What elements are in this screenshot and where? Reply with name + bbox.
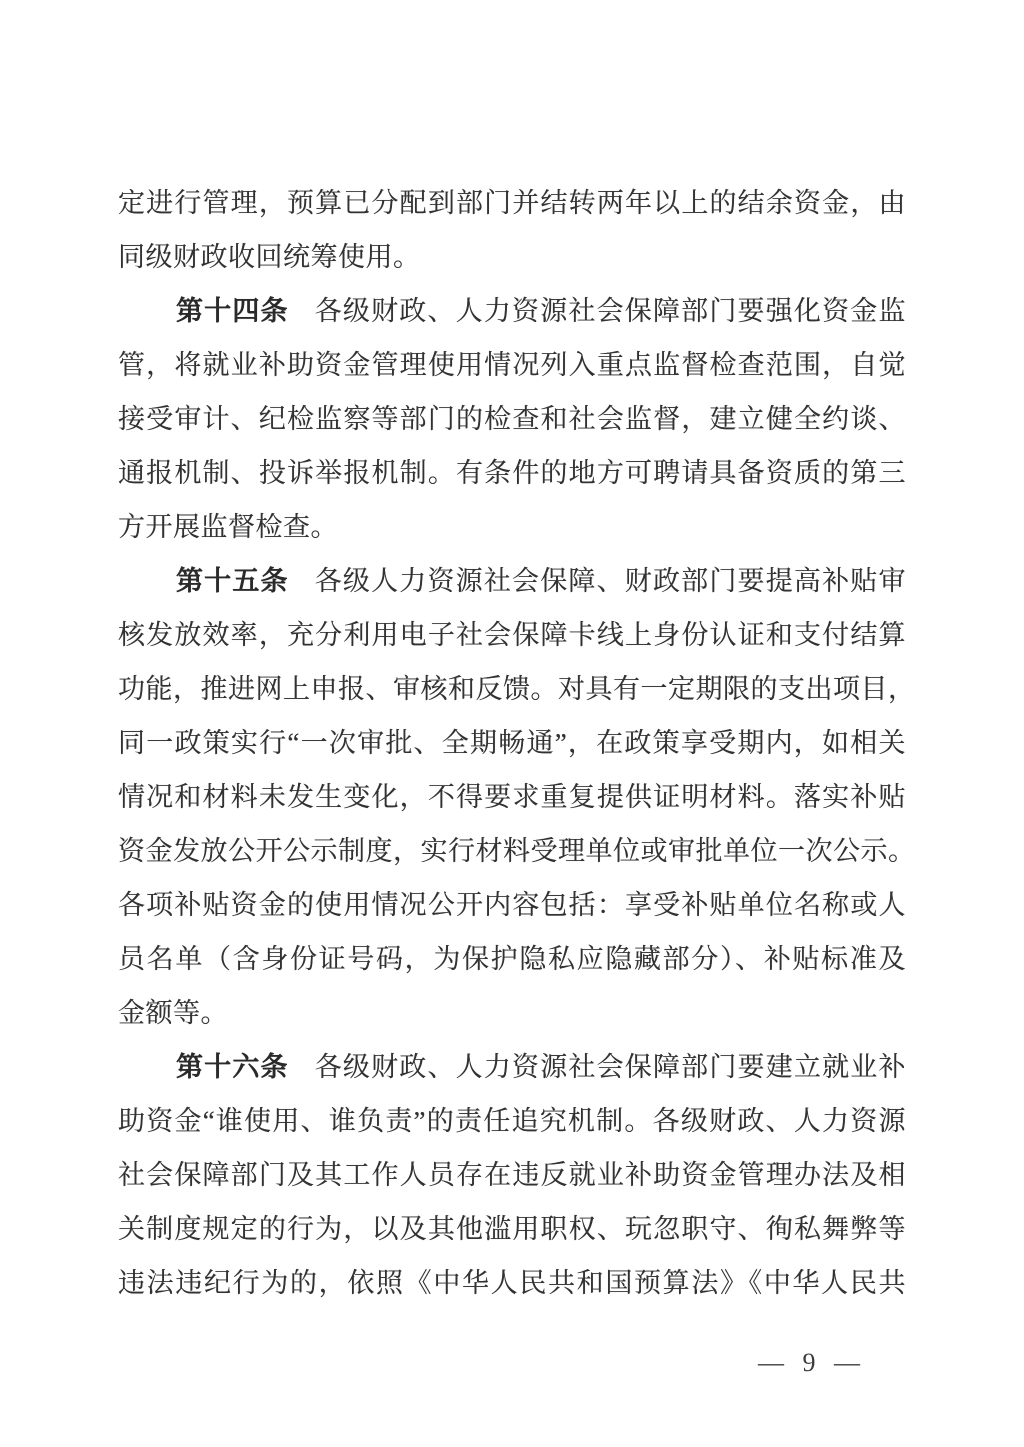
text-line: 第十五条各级人力资源社会保障、财政部门要提高补贴审 [118,554,906,608]
line-text: 同级财政收回统筹使用。 [118,242,421,272]
line-text: 资金发放公开公示制度，实行材料受理单位或审批单位一次公示。 [118,836,916,866]
line-text: 方开展监督检查。 [118,512,338,542]
line-text: 同一政策实行“一次审批、全期畅通”，在政策享受期内，如相关 [118,728,906,758]
document-page: 定进行管理，预算已分配到部门并结转两年以上的结余资金，由 同级财政收回统筹使用。… [0,0,1024,1447]
text-line: 各项补贴资金的使用情况公开内容包括：享受补贴单位名称或人 [118,878,906,932]
text-line: 管，将就业补助资金管理使用情况列入重点监督检查范围，自觉 [118,338,906,392]
text-line: 员名单（含身份证号码，为保护隐私应隐藏部分）、补贴标准及 [118,932,906,986]
text-line: 方开展监督检查。 [118,500,906,554]
text-line: 金额等。 [118,986,906,1040]
document-body: 定进行管理，预算已分配到部门并结转两年以上的结余资金，由 同级财政收回统筹使用。… [118,176,906,1310]
article-number: 第十六条 [176,1052,289,1082]
line-text: 社会保障部门及其工作人员存在违反就业补助资金管理办法及相 [118,1160,906,1190]
article-number: 第十五条 [176,566,289,596]
text-line: 助资金“谁使用、谁负责”的责任追究机制。各级财政、人力资源 [118,1094,906,1148]
line-text: 违法违纪行为的，依照《中华人民共和国预算法》《中华人民共 [118,1268,906,1298]
line-text: 功能，推进网上申报、审核和反馈。对具有一定期限的支出项目， [118,674,916,704]
line-text: 各级财政、人力资源社会保障部门要建立就业补 [315,1052,906,1082]
article-number: 第十四条 [176,296,289,326]
text-line: 功能，推进网上申报、审核和反馈。对具有一定期限的支出项目， [118,662,906,716]
line-text: 助资金“谁使用、谁负责”的责任追究机制。各级财政、人力资源 [118,1106,906,1136]
line-text: 关制度规定的行为，以及其他滥用职权、玩忽职守、徇私舞弊等 [118,1214,906,1244]
line-text: 情况和材料未发生变化，不得要求重复提供证明材料。落实补贴 [118,782,906,812]
text-line: 定进行管理，预算已分配到部门并结转两年以上的结余资金，由 [118,176,906,230]
line-text: 金额等。 [118,998,228,1028]
text-line: 第十六条各级财政、人力资源社会保障部门要建立就业补 [118,1040,906,1094]
line-text: 各级人力资源社会保障、财政部门要提高补贴审 [315,566,906,596]
text-line: 违法违纪行为的，依照《中华人民共和国预算法》《中华人民共 [118,1256,906,1310]
text-line: 同一政策实行“一次审批、全期畅通”，在政策享受期内，如相关 [118,716,906,770]
text-line: 通报机制、投诉举报机制。有条件的地方可聘请具备资质的第三 [118,446,906,500]
line-text: 接受审计、纪检监察等部门的检查和社会监督，建立健全约谈、 [118,404,906,434]
text-line: 第十四条各级财政、人力资源社会保障部门要强化资金监 [118,284,906,338]
text-line: 接受审计、纪检监察等部门的检查和社会监督，建立健全约谈、 [118,392,906,446]
text-line: 核发放效率，充分利用电子社会保障卡线上身份认证和支付结算 [118,608,906,662]
text-line: 同级财政收回统筹使用。 [118,230,906,284]
line-text: 定进行管理，预算已分配到部门并结转两年以上的结余资金，由 [118,188,906,218]
text-line: 关制度规定的行为，以及其他滥用职权、玩忽职守、徇私舞弊等 [118,1202,906,1256]
text-line: 资金发放公开公示制度，实行材料受理单位或审批单位一次公示。 [118,824,906,878]
page-number: — 9 — [758,1348,866,1378]
line-text: 通报机制、投诉举报机制。有条件的地方可聘请具备资质的第三 [118,458,906,488]
text-line: 社会保障部门及其工作人员存在违反就业补助资金管理办法及相 [118,1148,906,1202]
line-text: 各项补贴资金的使用情况公开内容包括：享受补贴单位名称或人 [118,890,906,920]
text-line: 情况和材料未发生变化，不得要求重复提供证明材料。落实补贴 [118,770,906,824]
line-text: 管，将就业补助资金管理使用情况列入重点监督检查范围，自觉 [118,350,906,380]
line-text: 各级财政、人力资源社会保障部门要强化资金监 [315,296,906,326]
line-text: 员名单（含身份证号码，为保护隐私应隐藏部分）、补贴标准及 [118,944,906,974]
line-text: 核发放效率，充分利用电子社会保障卡线上身份认证和支付结算 [118,620,906,650]
